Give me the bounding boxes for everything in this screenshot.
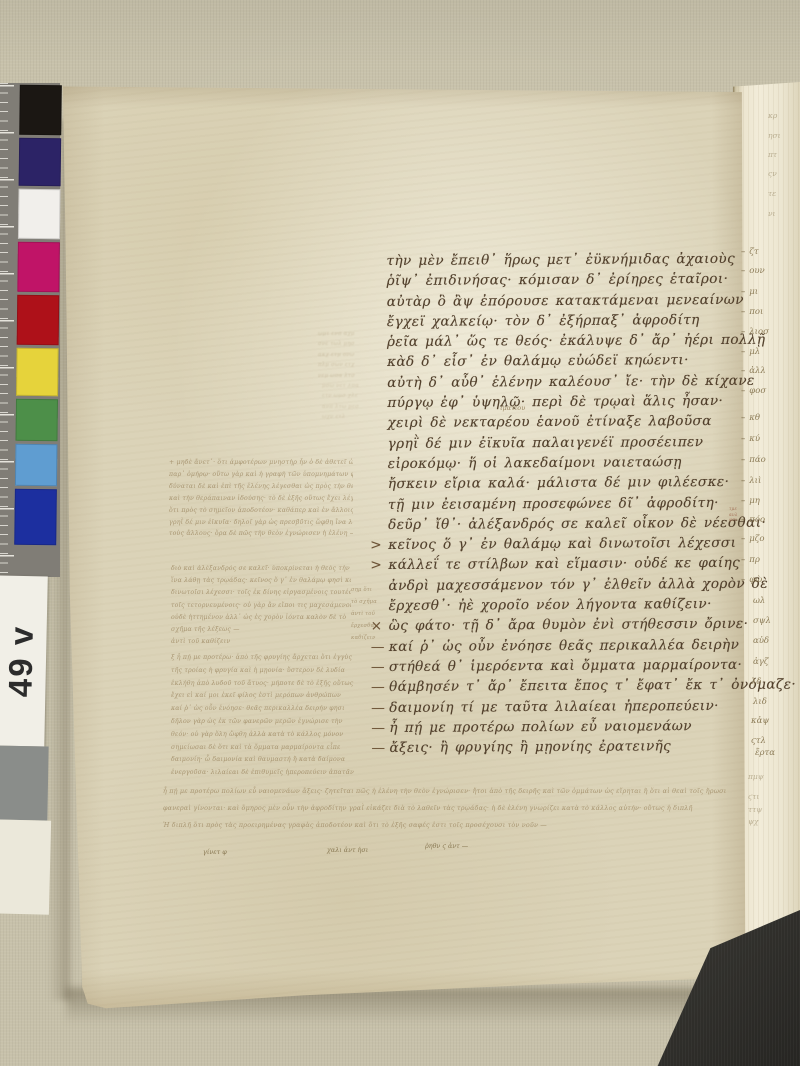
margin-dash: – [741,347,745,357]
fore-edge-fragment: ἔρτα [755,748,775,758]
obelus-mark: — [371,698,385,718]
scholia-line: τῆς τροίας ἡ φρυγία καὶ ἡ μῃονία· ὕστερο… [171,665,369,678]
text-line: τὴν μὲν ἔπειθ᾽ ἥρως μετ᾽ ἐϋκνήμιδας ἀχαι… [368,249,728,271]
photographic-ruler [0,83,60,577]
fore-edge-fragment: –μι [741,287,758,297]
scholia-line: ανπ λτω μεσ [322,402,366,412]
verse-text: ἔγχεϊ χαλκείῳ· τὸν δ᾽ ἐξήρπαξ᾽ ἀφροδίτη [387,312,700,330]
fore-edge-fragment: –λιὶ [741,476,761,486]
fore-edge-text: κθ [749,413,760,423]
white-card [0,819,51,914]
fore-edge-text: ωλ [753,596,765,606]
margin-dash: – [741,287,745,297]
verse-text: κὰδ δ᾽ εἷσ᾽ ἐν θαλάμῳ εὐώδεϊ κηώεντι· [387,353,689,371]
scholia-line: Ἡ διπλῆ ὅτι πρὸς τὰς προειρημένας γραφὰς… [163,817,743,834]
verse-text: ὣς φάτο· τῇ δ᾽ ἄρα θυμὸν ἐνὶ στήθεσσιν ὄ… [389,616,749,634]
intercolumn-scholia: σημ ὅτιτὸ σχῆμαἀντὶ τοῦἔρχεσθαικαθίζειν [351,584,397,644]
fore-edge-fragment: πμψ [748,772,764,781]
fore-edge-text: ἀλλ [749,366,766,376]
text-line: χειρὶ δὲ νεκταρέου ἑανοῦ ἐτίναξε λαβοῦσα [369,411,729,433]
fore-edge-fragment: ψχ [748,817,758,826]
gray-scale-card [0,746,49,821]
scholia-line: τοῖς τετορνευμένοις· οὐ γὰρ ἂν εἴποι τις… [171,600,351,612]
fore-edge-fragment: ϛτλ [751,736,766,746]
fore-edge-fragment: πτ [768,150,777,159]
scholia-line: ἔρχεσθαι [351,620,397,632]
left-scholia-upper: + μηδὲ ἄνετ᾽· ὅτι ἀμφοτέρων μνηστὴρ ἦν ὁ… [169,457,353,540]
verse-text: τὴν μὲν ἔπειθ᾽ ἥρως μετ᾽ ἐϋκνήμιδας ἀχαι… [386,251,735,269]
interlinear-gloss: ἱματίου [500,404,525,412]
fore-edge-fragment: ησι [768,131,781,140]
fore-edge-fragment: τε [768,189,776,198]
fore-edge-text: κἀψ [751,716,769,726]
fore-edge-text: λιδ [753,697,767,707]
manuscript-photo: 49 v τὴν μὲν ἔπειθ᾽ ἥρως μετ᾽ ἐϋκνήμιδας… [0,0,800,1066]
margin-dash: – [741,327,745,337]
verse-text: ἤσκειν εἴρια καλά· μάλιστα δέ μιν φιλέεσ… [388,474,729,492]
scholia-line: + μηδὲ ἄνετ᾽· ὅτι ἀμφοτέρων μνηστὴρ ἦν ὁ… [169,457,353,469]
fore-edge-fragment: αὐδ [753,636,769,646]
fore-edge-fragment: –πόο [741,515,765,525]
fore-edge-fragment: –μη [741,496,760,506]
fore-edge-text: λιὶ [749,476,761,486]
color-calibration-bar [14,85,62,548]
scholia-line: μσω νετ λπα [322,381,366,391]
obelus-mark: — [371,677,385,697]
verse-text: ἀνδρὶ μαχεσσάμενον τόν γ᾽ ἐλθεῖν ἀλλὰ χο… [388,575,768,593]
verse-text: εἰροκόμῳ· ἥ οἱ λακεδαίμονι ναιεταώσῃ [388,454,682,472]
fore-edge-text: ϛτλ [751,736,766,746]
verse-text: θάμβησέν τ᾽ ἄρ᾽ ἔπειτα ἔπος τ᾽ ἔφατ᾽ ἔκ … [389,677,796,695]
margin-dash: – [741,555,745,565]
color-patch-ultramarine-blue [14,489,57,546]
fore-edge-text: τε [768,189,776,198]
color-patch-yellow [16,348,59,397]
text-line: εἰροκόμῳ· ἥ οἱ λακεδαίμονι ναιεταώσῃ [370,452,730,474]
text-line: ῥῖψ᾽ ἐπιδινήσας· κόμισαν δ᾽ ἐρίηρες ἑταῖ… [369,269,729,291]
fore-edge-text: πάο [749,455,765,465]
fore-edge-text: πμψ [748,772,764,781]
verse-text: ἦ πῄ με προτέρω πολίων εὖ ναιομενάων [389,718,692,736]
scholia-line: ετν ωμσ χλε [322,391,366,401]
margin-dash: – [741,413,745,423]
fore-edge-fragment: –ποι [741,307,763,317]
scholia-line: τοὺς ἄλλους· ὅρα δὲ πῶς τὴν θεὸν ἐγνώρισ… [169,528,353,540]
fore-edge-fragment: –πρ [741,555,760,565]
bottom-scholia-fragment: γίνετ φ [203,848,227,856]
fore-edge-text: ϛτι [748,792,759,801]
left-scholia-middle: διὸ καὶ ἀλέξανδρός σε καλεῖ· ὑποκρίνεται… [171,563,351,648]
verse-text: κεῖνος ὅ γ᾽ ἐν θαλάμῳ καὶ δινωτοῖσι λέχε… [388,535,736,553]
fore-edge-text: νι [768,209,776,218]
fore-edge-fragment: ςν [768,169,777,178]
verse-text: δεῦρ᾽ ἴθ᾽· ἀλέξανδρός σε καλεῖ οἶκον δὲ … [388,515,766,533]
text-line: —στήθεά θ᾽ ἱμερόεντα καὶ ὄμματα μαρμαίρο… [371,655,731,677]
scholia-line: δινωτοῖσι λέχεσσι· τοῖς ἐκ δίνης εἰργασμ… [171,587,351,599]
bottom-scholia-fragment: χαλι ἀντ ἠσι [327,846,368,854]
scholia-line: ἔχει εἰ καί μοι ἐκεῖ φίλος ἐστὶ μερόπων … [171,690,369,703]
margin-dash: – [741,366,745,376]
obelus-mark: — [371,738,385,758]
scholia-line: καὶ τὴν θεράπαιναν ἰδούσης· τὸ δὲ ἑξῆς ο… [169,493,353,505]
scholia-line: ἀντὶ τοῦ [351,608,397,620]
color-patch-magenta [17,242,60,293]
text-line: —δαιμονίη τί με ταῦτα λιλαίεαι ἠπεροπεύε… [371,695,731,717]
fore-edge-text: ἀγζ [753,657,768,667]
fore-edge-fragment: κἀψ [751,716,769,726]
fore-edge-fragment: –ζτ [741,247,759,257]
margin-dash: – [741,434,745,444]
fore-edge-text: ποι [749,307,763,317]
scholia-line: ἵνα λάθῃ τὰς τρῳάδας· κεῖνος ὅ γ᾽ ἐν θαλ… [171,575,351,587]
scholia-line: σημείωσαι δὲ ὅτι καὶ τὰ ὄμματα μαρμαίρον… [171,742,369,755]
fore-edge-text: ζτ [749,247,758,257]
scholia-line: σχῆμα τῆς λέξεως — [171,624,351,636]
scholia-line: καί ῥ᾽ ὡς οὖν ἐνόησε· θεᾶς περικαλλέα δε… [171,703,369,716]
fore-edge-fragment: –κύ [741,434,760,444]
fore-edge-text: πτ [768,150,777,159]
diple-mark: > [370,535,382,555]
text-line: ἔρχεσθ᾽· ἠὲ χοροῖο νέον λήγοντα καθίζειν… [371,594,731,616]
text-line: —θάμβησέν τ᾽ ἄρ᾽ ἔπειτα ἔπος τ᾽ ἔφατ᾽ ἔκ… [371,675,731,697]
text-line: —ἄξεις· ἢ φρυγίης ἢ μῃονίης ἐρατεινῆς [371,736,731,758]
scholia-line: σνε τωλ μησ [318,339,366,349]
text-line: ἔγχεϊ χαλκείῳ· τὸν δ᾽ ἐξήρπαξ᾽ ἀφροδίτη [369,310,729,332]
verse-text: αὐτὰρ ὃ ἂψ ἐπόρουσε κατακτάμεναι μενεαίν… [387,291,744,309]
fore-edge-fragment: –μλ [741,347,760,357]
fore-edge-text: λδ [751,677,762,687]
text-line: τῇ μιν ἐεισαμένη προσεφώνεε δῖ᾽ ἀφροδίτη… [370,492,730,514]
fore-edge-fragment: –φὼ [741,575,762,585]
fore-edge-text: μη [749,496,760,506]
text-line: αὐτὰρ ὃ ἂψ ἐπόρουσε κατακτάμεναι μενεαίν… [369,289,729,311]
color-patch-dark-blue-violet [19,138,62,187]
fore-edge-fragment: νι [768,209,776,218]
verse-text: ἔρχεσθ᾽· ἠὲ χοροῖο νέον λήγοντα καθίζειν… [389,596,712,614]
fore-edge-fragment: λιδ [753,697,767,707]
color-patch-black [19,85,62,136]
margin-dash: – [741,515,745,525]
margin-dash: – [741,496,745,506]
text-line: ἀνδρὶ μαχεσσάμενον τόν γ᾽ ἐλθεῖν ἀλλὰ χο… [370,574,730,596]
margin-dash: – [741,386,745,396]
verse-text: στήθεά θ᾽ ἱμερόεντα καὶ ὄμματα μαρμαίρον… [389,657,742,675]
fore-edge-fragment: λδ [751,677,762,687]
fore-edge-text: ουν [749,266,764,276]
verse-text: καί ῥ᾽ ὡς οὖν ἐνόησε θεᾶς περικαλλέα δει… [389,636,739,654]
fore-edge-text: μζο [749,534,764,544]
scholia-line: ὅτι πρὸς τὸ σημεῖον ἀποδοτέον· καθάπερ κ… [169,505,353,517]
verse-text: δαιμονίη τί με ταῦτα λιλαίεαι ἠπεροπεύει… [389,698,719,716]
bottom-scholia: ἦ πῄ με προτέρω πολίων εὖ ναιομενάων ἄξε… [163,783,743,834]
color-patch-light-blue [15,444,58,487]
margin-dash: – [741,575,745,585]
fore-edge-text: σψλ [753,616,771,626]
text-line: —καί ῥ᾽ ὡς οὖν ἐνόησε θεᾶς περικαλλέα δε… [371,635,731,657]
scholia-line: φανεραὶ γίνονται· καὶ ὅμηρος μὲν οὖν τὴν… [163,800,743,817]
margin-dash: – [741,476,745,486]
fore-edge-fragment: ϛτι [748,792,759,801]
fore-edge-text: μι [749,287,758,297]
text-line: κὰδ δ᾽ εἷσ᾽ ἐν θαλάμῳ εὐώδεϊ κηώεντι· [369,350,729,372]
verse-text: χειρὶ δὲ νεκταρέου ἑανοῦ ἐτίναξε λαβοῦσα [387,413,711,431]
fore-edge-fragment: σψλ [753,616,771,626]
scholia-line: διὸ καὶ ἀλέξανδρός σε καλεῖ· ὑποκρίνεται… [171,563,351,575]
scholia-line: δύναται δὲ καὶ ἐπὶ τῆς ἑλένης λέγεσθαι ὡ… [169,481,353,493]
fore-edge-fragment: ττψ [748,805,762,814]
scholia-line: οὐδὲ ἡττημένον ἀλλ᾽ ὡς ἐς χορὸν ἰόντα κα… [171,612,351,624]
fore-edge-text: ησι [768,131,781,140]
verse-text: ῥεῖα μάλ᾽ ὥς τε θεός· ἐκάλυψε δ᾽ ἄρ᾽ ἠέρ… [387,332,766,350]
scholia-line: ἐκλήθη ἀπὸ λυδοῦ τοῦ ἄτυος· μήποτε δὲ τὸ… [171,678,369,691]
color-patch-crimson-red [17,295,60,346]
scholia-line: νεμ ωπα λτσ [318,371,366,381]
fore-edge-fragment: –ουν [741,266,765,276]
fore-edge-text: πρ [749,555,760,565]
scholia-line: ξ ἦ πῄ με προτέρω· ἀπὸ τῆς φρυγίης ἄρχετ… [171,652,369,665]
fore-edge-text: ςν [768,169,777,178]
left-scholia-lower: ξ ἦ πῄ με προτέρω· ἀπὸ τῆς φρυγίης ἄρχετ… [171,652,369,780]
folio-label-card: 49 v [0,575,48,746]
verse-text: ἄξεις· ἢ φρυγίης ἢ μῃονίης ἐρατεινῆς [389,738,671,756]
verse-text: γρηῒ δέ μιν ἐϊκυῖα παλαιγενέϊ προσέειπεν [388,434,704,452]
fore-edge-fragment: –λιοσ [741,327,769,337]
verse-text: τῇ μιν ἐεισαμένη προσεφώνεε δῖ᾽ ἀφροδίτη… [388,495,719,513]
text-line: —ἦ πῄ με προτέρω πολίων εὖ ναιομενάων [371,716,731,738]
scholia-line: καθίζειν [351,632,397,644]
text-line: ῥεῖα μάλ᾽ ὥς τε θεός· ἐκάλυψε δ᾽ ἄρ᾽ ἠέρ… [369,330,729,352]
scholia-line: θεόν· οὐ γὰρ ὅλη ὤφθη ἀλλὰ κατὰ τὸ κάλλο… [171,729,369,742]
fore-edge-fragment: –πάο [741,455,766,465]
fore-edge-fragment: ἀγζ [753,657,768,667]
scholia-line: δαιμονίη· ὦ δαιμονία καὶ θαυμαστή ἢ κατὰ… [171,754,369,767]
text-line: ×ὣς φάτο· τῇ δ᾽ ἄρα θυμὸν ἐνὶ στήθεσσιν … [371,614,731,636]
folio-number: 49 v [1,624,41,697]
text-line: πύργῳ ἐφ᾽ ὑψηλῷ· περὶ δὲ τρῳαὶ ἅλις ἦσαν… [369,391,729,413]
color-patch-white [18,189,61,240]
margin-dash: – [741,455,745,465]
bleedthrough-upper: ωμτ ενπ αχμσνε τωλ μησακχ ετμ ονωπλμ σων… [318,329,366,381]
scholia-line: ωμτ ενπ αχμ [318,329,366,339]
scholia-line: πλμ σων ετχ [318,360,366,370]
scholia-line: ἐνεργοῦσα· λιλαίεαι δὲ ἐπιθυμεῖς ἠπεροπε… [171,767,369,780]
margin-dash: – [741,307,745,317]
verse-text: κάλλεΐ τε στίλβων καὶ εἵμασιν· οὐδέ κε φ… [388,555,740,573]
margin-dash: – [741,266,745,276]
obelus-mark: — [371,657,385,677]
text-line: δεῦρ᾽ ἴθ᾽· ἀλέξανδρός σε καλεῖ οἶκον δὲ … [370,513,730,535]
scholia-line: γρηῒ δέ μιν ἐϊκυῖα· δηλοῖ γὰρ ὡς πρεσβῦτ… [169,517,353,529]
scholia-line: ακχ ετμ ονω [318,350,366,360]
verse-text: ῥῖψ᾽ ἐπιδινήσας· κόμισαν δ᾽ ἐρίηρες ἑταῖ… [387,271,729,289]
fore-edge-text: πόο [749,515,765,525]
margin-dash: – [741,534,745,544]
obelus-mark: — [371,718,385,738]
bleedthrough-lower: μσω νετ λπαετν ωμσ χλεανπ λτω μεσωχν ετλ [322,381,366,423]
fore-edge-text: ἔρτα [755,748,775,758]
main-text-block: τὴν μὲν ἔπειθ᾽ ἥρως μετ᾽ ἐϋκνήμιδας ἀχαι… [368,249,731,759]
scholia-line: ἀντὶ τοῦ καθίζειν [171,636,351,648]
diple-mark: > [370,555,382,575]
fore-edge-text: κρ [768,111,777,120]
fore-edge-text: λιοσ [749,327,769,337]
scholia-line: σημ ὅτι [351,584,397,596]
fore-edge-fragment: –μζο [741,534,765,544]
scholia-line: παρ᾽ ὁμήρῳ· οὕτω γὰρ καὶ ἡ γραφὴ τῶν ὑπο… [169,469,353,481]
fore-edge-fragment: –φοσ [741,386,766,396]
fore-edge-text: αὐδ [753,636,769,646]
scholia-line: ἦ πῄ με προτέρω πολίων εὖ ναιομενάων ἄξε… [163,783,743,800]
scholia-line: δῆλον γὰρ ὡς ἐκ τῶν φανερῶν μερῶν ἐγνώρι… [171,716,369,729]
fore-edge-text: ττψ [748,805,762,814]
text-line: αὐτὴ δ᾽ αὖθ᾽ ἑλένην καλέουσ᾽ ἴε· τὴν δὲ … [369,371,729,393]
fore-edge-fragment: ωλ [753,596,765,606]
fore-edge-text: ψχ [748,817,758,826]
verse-text: πύργῳ ἐφ᾽ ὑψηλῷ· περὶ δὲ τρῳαὶ ἅλις ἦσαν… [387,393,723,411]
fore-edge-fragment: –ἀλλ [741,366,766,376]
text-line: >κεῖνος ὅ γ᾽ ἐν θαλάμῳ καὶ δινωτοῖσι λέχ… [370,533,730,555]
verse-text: αὐτὴ δ᾽ αὖθ᾽ ἑλένην καλέουσ᾽ ἴε· τὴν δὲ … [387,373,755,391]
text-line: γρηῒ δέ μιν ἐϊκυῖα παλαιγενέϊ προσέειπεν [370,432,730,454]
fore-edge-fragment: –κθ [741,413,760,423]
margin-dash: – [741,247,745,257]
fore-edge-text: φὼ [749,575,762,585]
text-line: >κάλλεΐ τε στίλβων καὶ εἵμασιν· οὐδέ κε … [370,553,730,575]
fore-edge-text: μλ [749,347,760,357]
fore-edge-fragment: κρ [768,111,777,120]
text-line: ἤσκειν εἴρια καλά· μάλιστα δέ μιν φιλέεσ… [370,472,730,494]
scholia-line: τὸ σχῆμα [351,596,397,608]
fore-edge-text: κύ [749,434,760,444]
bottom-scholia-fragment: ῥηθν ϛ ἀντ — [425,842,468,850]
scholia-line: ωχν ετλ [322,412,366,422]
fore-edge-text: φοσ [749,386,766,396]
color-patch-green [15,399,58,442]
